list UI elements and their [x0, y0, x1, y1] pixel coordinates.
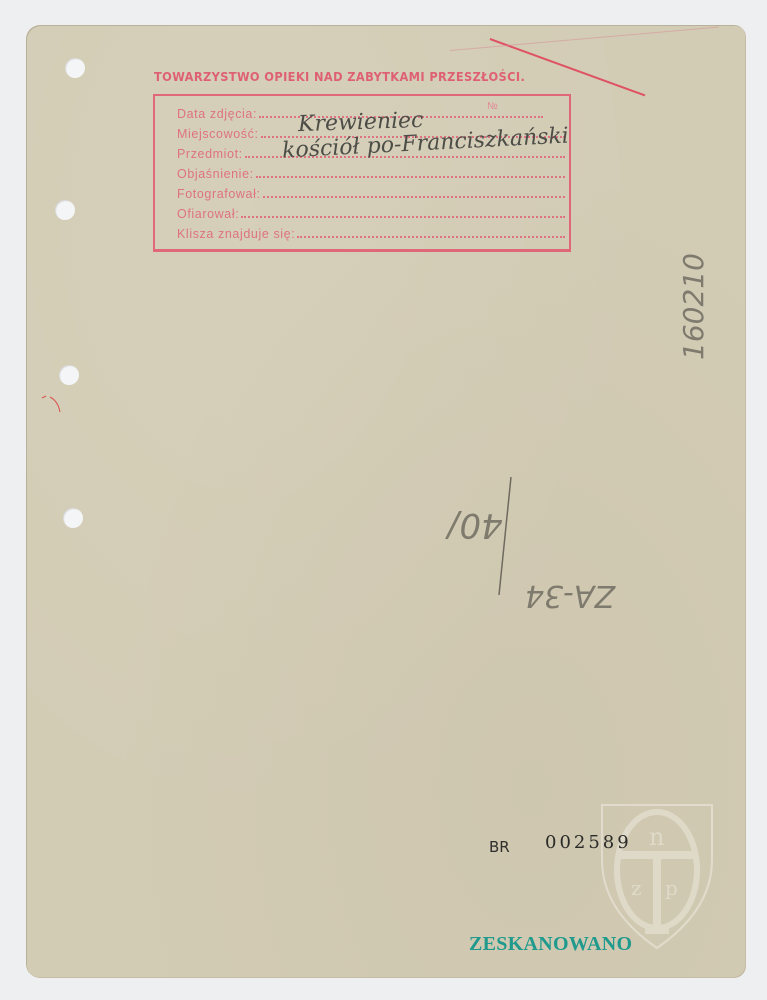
- svg-text:p: p: [665, 876, 678, 900]
- catalog-prefix: BR: [489, 838, 510, 856]
- punch-hole: [65, 58, 85, 78]
- svg-text:n: n: [649, 823, 664, 851]
- scanned-stamp: ZESKANOWANO: [469, 933, 632, 956]
- field-donor: Ofiarował:: [177, 202, 565, 221]
- pencil-inventory-number: 160210: [677, 253, 710, 360]
- archive-shield-watermark-icon: n z p: [597, 800, 717, 950]
- catalog-number: 002589: [545, 832, 632, 853]
- red-pencil-mark: [40, 392, 65, 417]
- punch-hole: [63, 508, 83, 528]
- pencil-code: ZA-34: [525, 578, 615, 613]
- stamp-title: TOWARZYSTWO OPIEKI NAD ZABYTKAMI PRZESZŁ…: [154, 69, 540, 84]
- pencil-slash: [495, 475, 515, 600]
- field-negative-location: Klisza znajduje się:: [177, 222, 565, 241]
- svg-text:z: z: [631, 876, 642, 900]
- field-photographer: Fotografował:: [177, 182, 565, 201]
- punch-hole: [55, 200, 75, 220]
- punch-hole: [59, 365, 79, 385]
- field-description: Objaśnienie:: [177, 162, 565, 181]
